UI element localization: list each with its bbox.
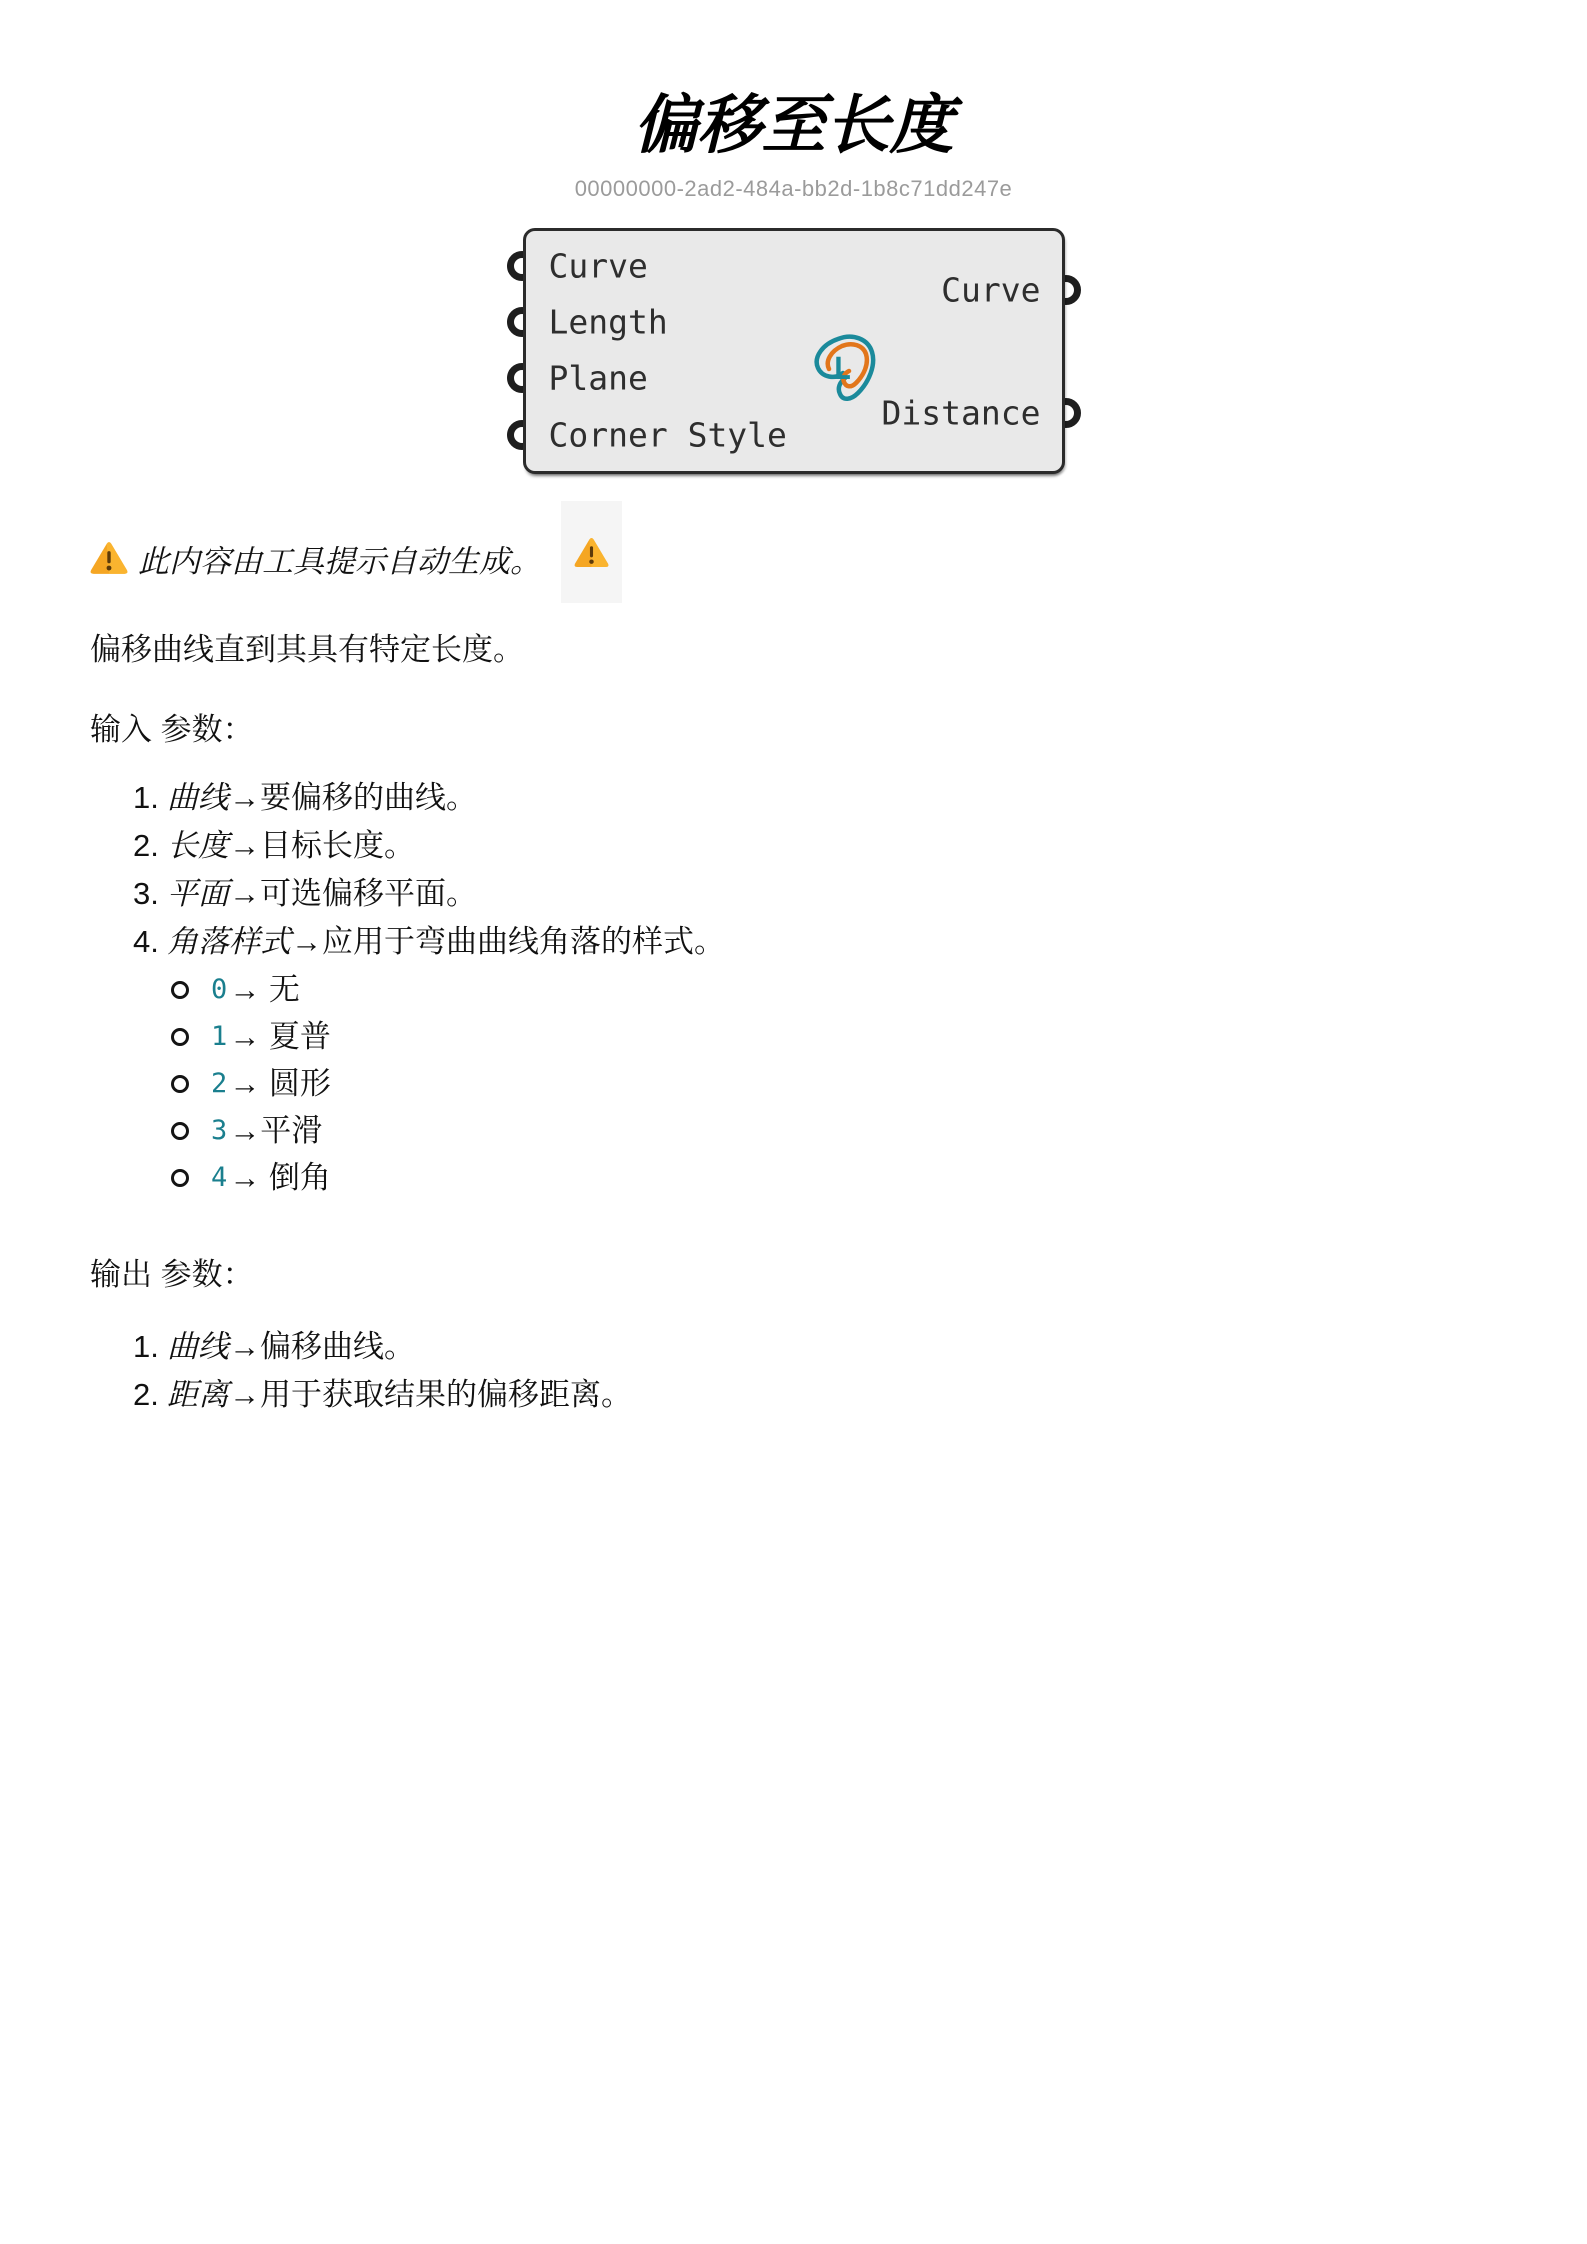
offset-curve-icon: L: [805, 326, 877, 416]
option-label: → 无: [229, 966, 300, 1014]
option-item: 1→ 夏普: [171, 1013, 1497, 1060]
output-parameter: 1.曲线→偏移曲线。: [133, 1323, 1497, 1371]
option-code: 0: [211, 966, 227, 1014]
bullet-icon: [171, 1075, 189, 1093]
parameter-name: 距离: [167, 1377, 229, 1412]
auto-generated-warning: 此内容由工具提示自动生成。: [90, 536, 1497, 580]
warning-icon: [90, 541, 128, 575]
option-item: 3→平滑: [171, 1107, 1497, 1154]
option-label: → 圆形: [229, 1060, 331, 1108]
component-uuid: 00000000-2ad2-484a-bb2d-1b8c71dd247e: [0, 176, 1587, 202]
bullet-icon: [171, 1028, 189, 1046]
parameter-number: 2.: [133, 1371, 167, 1419]
document-page: 偏移至长度 00000000-2ad2-484a-bb2d-1b8c71dd24…: [0, 0, 1587, 2244]
parameter-description: →目标长度。: [229, 828, 415, 863]
parameter-name: 曲线: [167, 780, 229, 815]
parameter-name: 长度: [167, 828, 229, 863]
parameter-number: 2.: [133, 822, 167, 870]
input-parameter: 2.长度→目标长度。: [133, 822, 1497, 870]
component-description: 偏移曲线直到其具有特定长度。: [90, 628, 1497, 672]
option-code: 1: [211, 1013, 227, 1061]
warning-icon: [574, 537, 609, 568]
parameter-number: 1.: [133, 774, 167, 822]
parameter-name: 平面: [167, 876, 229, 911]
parameter-description: →应用于弯曲曲线角落的样式。: [291, 924, 725, 959]
output-label: Distance: [882, 394, 1041, 433]
parameter-description: →偏移曲线。: [229, 1329, 415, 1364]
parameter-name: 曲线: [167, 1329, 229, 1364]
option-label: → 夏普: [229, 1013, 331, 1061]
page-title: 偏移至长度: [0, 0, 1587, 160]
parameter-number: 4.: [133, 918, 167, 966]
option-code: 2: [211, 1060, 227, 1108]
corner-style-options: 0→ 无 1→ 夏普 2→ 圆形 3→平滑: [171, 966, 1497, 1201]
parameter-description: →可选偏移平面。: [229, 876, 477, 911]
input-parameter: 4.角落样式→应用于弯曲曲线角落的样式。 0→ 无 1→ 夏普: [133, 918, 1497, 1201]
input-parameter: 1.曲线→要偏移的曲线。: [133, 774, 1497, 822]
option-item: 2→ 圆形: [171, 1060, 1497, 1107]
option-code: 4: [211, 1154, 227, 1202]
grasshopper-component: CurveLengthPlaneCorner Style CurveDistan…: [523, 228, 1065, 474]
input-parameter: 3.平面→可选偏移平面。: [133, 870, 1497, 918]
doc-content: 此内容由工具提示自动生成。 偏移曲线直到其具有特定长度。 输入 参数： 1.曲线…: [0, 536, 1587, 1419]
parameter-number: 3.: [133, 870, 167, 918]
output-parameter: 2.距离→用于获取结果的偏移距离。: [133, 1371, 1497, 1419]
bullet-icon: [171, 1122, 189, 1140]
option-label: → 倒角: [229, 1154, 331, 1202]
output-label: Curve: [941, 271, 1040, 310]
bullet-icon: [171, 981, 189, 999]
input-parameter-list: 1.曲线→要偏移的曲线。 2.长度→目标长度。 3.平面→可选偏移平面。 4.角…: [133, 774, 1497, 1201]
icon-letter: L: [833, 352, 851, 387]
parameter-number: 1.: [133, 1323, 167, 1371]
option-item: 4→ 倒角: [171, 1154, 1497, 1201]
parameter-name: 角落样式: [167, 924, 291, 959]
option-label: →平滑: [229, 1107, 322, 1155]
parameter-description: →要偏移的曲线。: [229, 780, 477, 815]
inputs-heading: 输入 参数：: [90, 708, 1497, 752]
output-parameter-list: 1.曲线→偏移曲线。 2.距离→用于获取结果的偏移距离。: [133, 1323, 1497, 1419]
warning-text: 此内容由工具提示自动生成。: [138, 536, 541, 581]
option-code: 3: [211, 1107, 227, 1155]
output-labels: CurveDistance: [523, 228, 1065, 474]
parameter-description: →用于获取结果的偏移距离。: [229, 1377, 632, 1412]
bullet-icon: [171, 1169, 189, 1187]
outputs-heading: 输出 参数：: [90, 1253, 1497, 1297]
option-item: 0→ 无: [171, 966, 1497, 1013]
warning-image-placeholder: [561, 501, 622, 603]
